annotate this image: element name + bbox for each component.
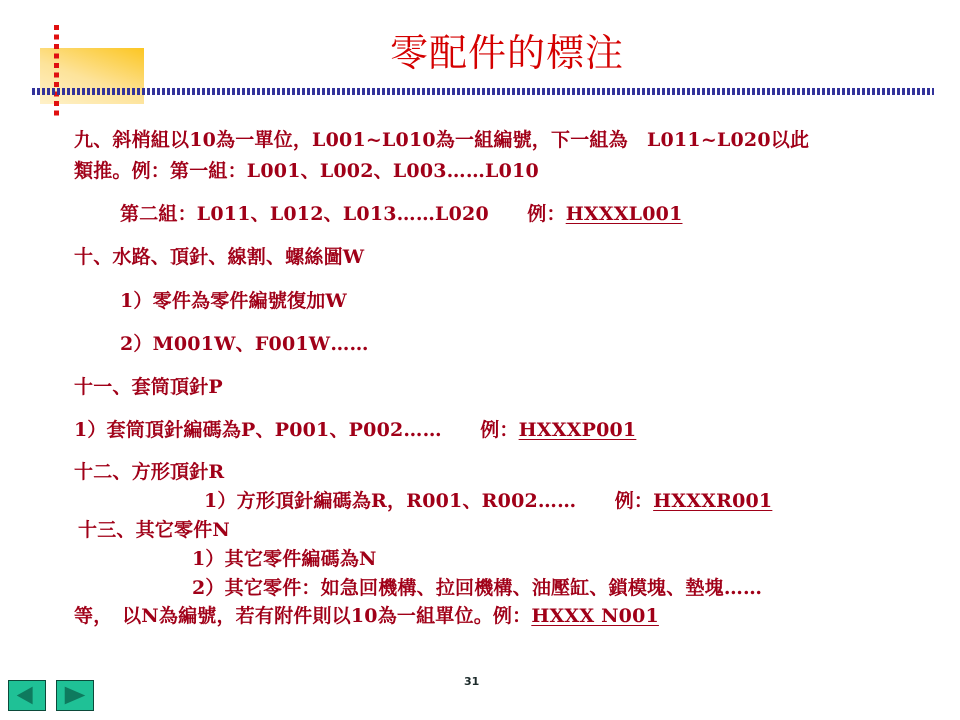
section-13-item-2-continued: 等， 以N為編號，若有附件則以10為一組單位。例：HXXX N001: [74, 607, 659, 626]
section-11-example: HXXXP001: [519, 419, 637, 441]
next-slide-button[interactable]: [56, 680, 94, 711]
section-9-line-1: 九、斜梢組以10為一單位，L001~L010為一組編號，下一組為 L011~L0…: [74, 131, 809, 150]
section-13-item-1: 1）其它零件編碼為N: [192, 550, 377, 569]
section-13-heading: 十三、其它零件N: [78, 521, 230, 540]
section-12-example: HXXXR001: [653, 490, 772, 512]
section-12-item-1: 1）方形頂針編碼為R，R001、R002…… 例：HXXXR001: [204, 492, 772, 511]
section-13-item-2-continued-text: 等， 以N為編號，若有附件則以10為一組單位。例：: [74, 605, 531, 627]
triangle-right-icon: [57, 681, 93, 710]
section-13-item-2: 2）其它零件：如急回機構、拉回機構、油壓缸、鎖模塊、墊塊……: [192, 579, 762, 598]
section-9-line-3: 第二組：L011、L012、L013……L020 例：HXXXL001: [120, 205, 682, 224]
section-10-item-1: 1）零件為零件編號復加W: [120, 292, 347, 311]
section-12-heading: 十二、方形頂針R: [74, 463, 224, 482]
section-9-example: HXXXL001: [566, 203, 683, 225]
triangle-left-icon: [9, 681, 45, 710]
section-11-item-1: 1）套筒頂針編碼為P、P001、P002…… 例：HXXXP001: [74, 421, 636, 440]
section-9-line-3-text: 第二組：L011、L012、L013……L020 例：: [120, 203, 566, 225]
slide-title: 零配件的標注: [390, 34, 624, 72]
decorative-dotted-title-rule: [32, 88, 934, 95]
section-12-item-1-text: 1）方形頂針編碼為R，R001、R002…… 例：: [204, 490, 653, 512]
previous-slide-button[interactable]: [8, 680, 46, 711]
section-11-item-1-text: 1）套筒頂針編碼為P、P001、P002…… 例：: [74, 419, 519, 441]
page-number: 31: [464, 675, 479, 688]
section-9-line-2: 類推。例：第一組：L001、L002、L003……L010: [74, 162, 539, 181]
section-10-heading: 十、水路、頂針、線割、螺絲圖W: [74, 248, 364, 267]
section-11-heading: 十一、套筒頂針P: [74, 378, 223, 397]
decorative-dotted-vertical-line: [54, 25, 59, 119]
section-13-example: HXXX N001: [531, 605, 659, 627]
section-10-item-2: 2）M001W、F001W……: [120, 335, 369, 354]
